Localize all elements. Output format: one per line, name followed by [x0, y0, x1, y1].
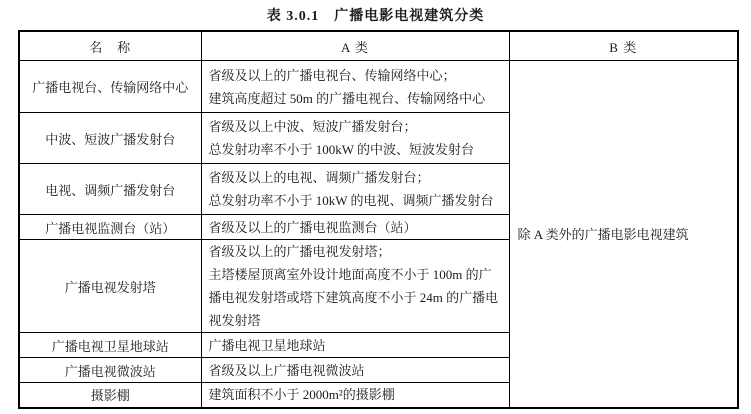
row-class-a: 省级及以上中波、短波广播发射台； 总发射功率不小于 100kW 的中波、短波发射… — [201, 113, 509, 164]
header-class-a: A 类 — [201, 31, 509, 61]
row-class-a: 省级及以上的电视、调频广播发射台； 总发射功率不小于 10kW 的电视、调频广播… — [201, 164, 509, 215]
class-a-line: 建筑高度超过 50m 的广播电视台、传输网络中心 — [209, 87, 503, 110]
classification-table: 名 称 A 类 B 类 广播电视台、传输网络中心 省级及以上的广播电视台、传输网… — [18, 30, 739, 409]
row-class-a: 建筑面积不小于 2000m²的摄影棚 — [201, 383, 509, 408]
class-a-line: 省级及以上的广播电视台、传输网络中心； — [209, 64, 503, 87]
row-class-a: 省级及以上的广播电视监测台（站） — [201, 215, 509, 240]
header-row: 名 称 A 类 B 类 — [19, 31, 738, 61]
row-name: 广播电视监测台（站） — [19, 215, 201, 240]
row-name: 广播电视卫星地球站 — [19, 333, 201, 358]
row-class-a: 省级及以上的广播电视发射塔； 主塔楼屋顶离室外设计地面高度不小于 100m 的广… — [201, 240, 509, 333]
class-a-line: 总发射功率不小于 100kW 的中波、短波发射台 — [209, 138, 503, 161]
class-a-line: 省级及以上的广播电视发射塔； — [209, 240, 503, 263]
row-name: 广播电视台、传输网络中心 — [19, 61, 201, 113]
row-name: 中波、短波广播发射台 — [19, 113, 201, 164]
class-a-line: 总发射功率不小于 10kW 的电视、调频广播发射台 — [209, 189, 503, 212]
table-title: 表 3.0.1 广播电影电视建筑分类 — [0, 5, 751, 25]
row-name: 电视、调频广播发射台 — [19, 164, 201, 215]
class-a-line: 省级及以上中波、短波广播发射台； — [209, 115, 503, 138]
row-name: 广播电视发射塔 — [19, 240, 201, 333]
header-name: 名 称 — [19, 31, 201, 61]
row-name: 广播电视微波站 — [19, 358, 201, 383]
row-name: 摄影棚 — [19, 383, 201, 408]
row-class-a: 省级及以上广播电视微波站 — [201, 358, 509, 383]
class-a-line: 省级及以上的广播电视监测台（站） — [209, 216, 503, 239]
class-a-line: 省级及以上的电视、调频广播发射台； — [209, 166, 503, 189]
class-b-merged-cell: 除 A 类外的广播电影电视建筑 — [509, 61, 738, 408]
header-class-b: B 类 — [509, 31, 738, 61]
class-a-line: 省级及以上广播电视微波站 — [209, 359, 503, 382]
class-a-line: 广播电视卫星地球站 — [209, 334, 503, 357]
row-class-a: 广播电视卫星地球站 — [201, 333, 509, 358]
row-class-a: 省级及以上的广播电视台、传输网络中心； 建筑高度超过 50m 的广播电视台、传输… — [201, 61, 509, 113]
table-row: 广播电视台、传输网络中心 省级及以上的广播电视台、传输网络中心； 建筑高度超过 … — [19, 61, 738, 113]
class-a-line: 建筑面积不小于 2000m²的摄影棚 — [209, 383, 503, 406]
class-a-line: 主塔楼屋顶离室外设计地面高度不小于 100m 的广播电视发射塔或塔下建筑高度不小… — [209, 263, 503, 332]
document-page: 表 3.0.1 广播电影电视建筑分类 名 称 A 类 B 类 广播电视台、传输网… — [0, 0, 751, 414]
